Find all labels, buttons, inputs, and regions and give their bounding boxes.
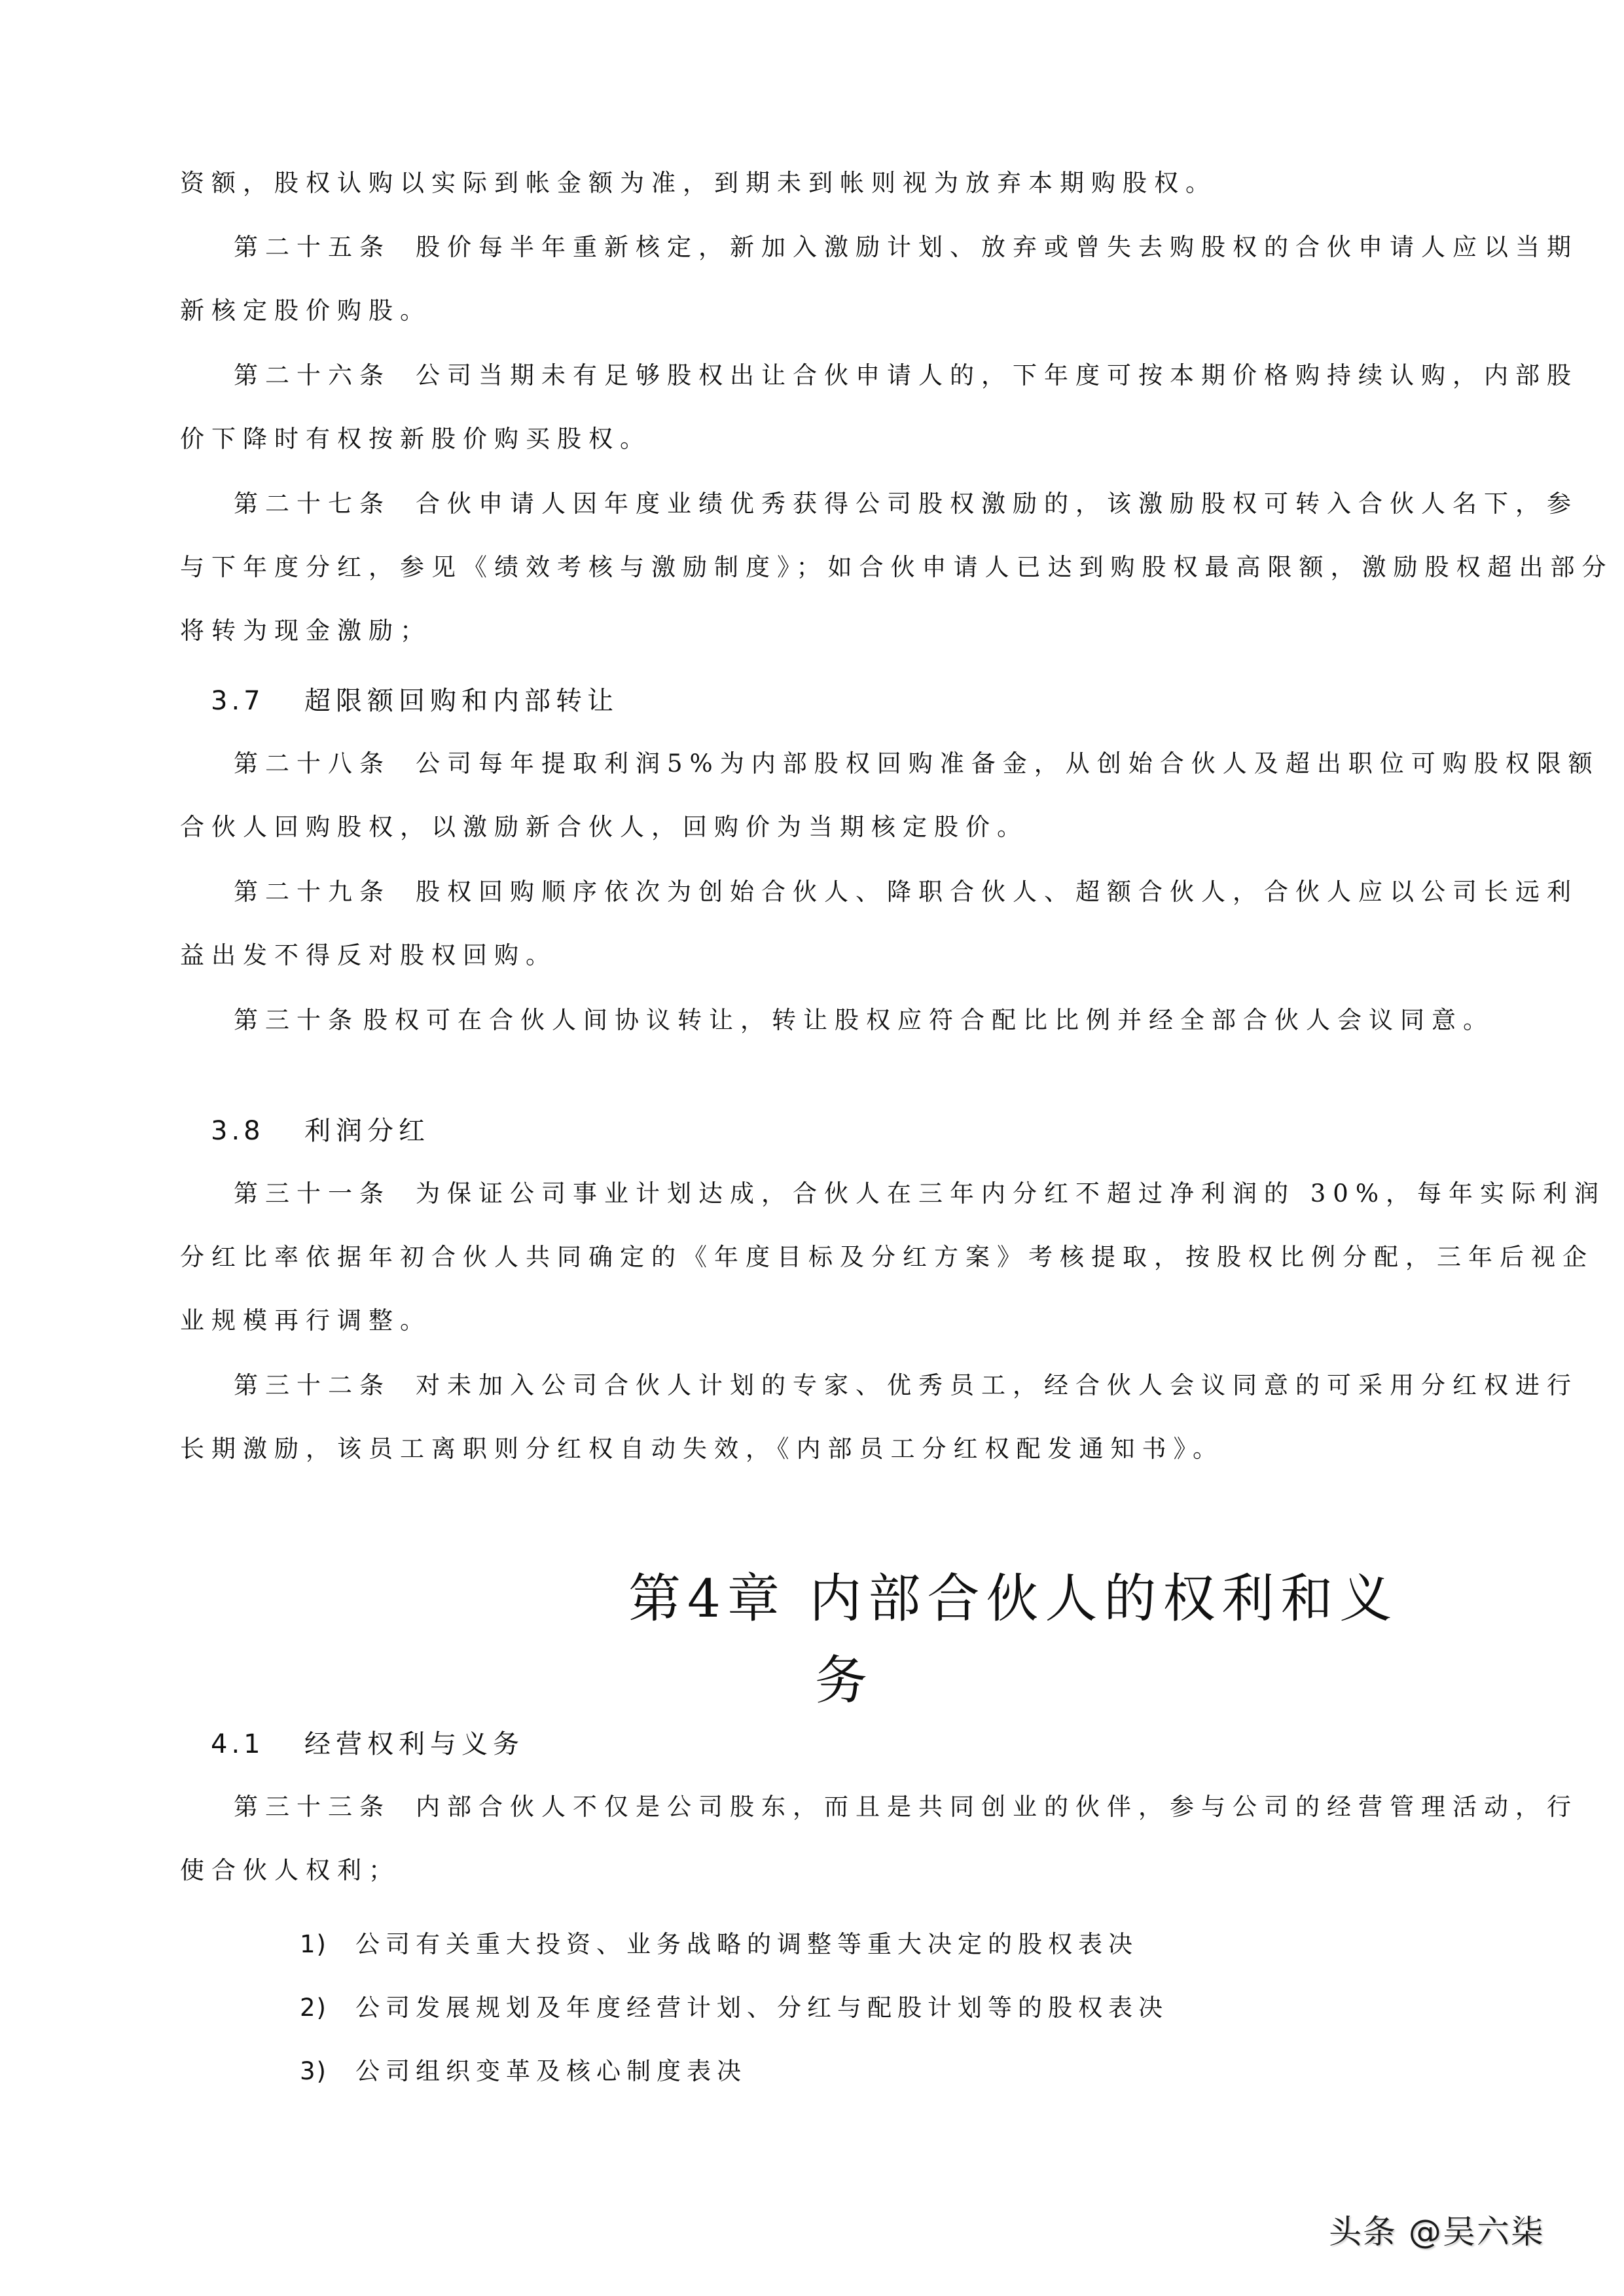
paragraph-line: 将转为现金激励； [180, 615, 431, 647]
list-marker: 1) [300, 1929, 355, 1960]
section-heading-4-1: 4.1经营权利与义务 [211, 1728, 524, 1761]
article-label: 第二十九条 [234, 878, 391, 906]
paragraph-line: 业规模再行调整。 [180, 1305, 431, 1336]
article-26: 第二十六条公司当期未有足够股权出让合伙申请人的，下年度可按本期价格购持续认购，内… [234, 360, 1578, 391]
article-32: 第三十二条对未加入公司合伙人计划的专家、优秀员工，经合伙人会议同意的可采用分红权… [234, 1370, 1578, 1401]
list-item: 3)公司组织变革及核心制度表决 [300, 2056, 747, 2087]
article-31: 第三十一条为保证公司事业计划达成，合伙人在三年内分红不超过净利润的 30%，每年… [234, 1178, 1606, 1210]
article-text: 合伙申请人因年度业绩优秀获得公司股权激励的，该激励股权可转入合伙人名下，参 [416, 490, 1578, 518]
section-heading-3-7: 3.7超限额回购和内部转让 [211, 685, 619, 717]
paragraph-line: 资额，股权认购以实际到帐金额为准，到期未到帐则视为放弃本期购股权。 [180, 168, 1217, 199]
article-text: 股价每半年重新核定，新加入激励计划、放弃或曾失去购股权的合伙申请人应以当期 [416, 233, 1578, 261]
article-25: 第二十五条股价每半年重新核定，新加入激励计划、放弃或曾失去购股权的合伙申请人应以… [234, 232, 1578, 263]
list-marker: 2) [300, 1992, 355, 2024]
section-title: 经营权利与义务 [304, 1729, 524, 1759]
chapter-title-line1: 第4章 内部合伙人的权利和义 [628, 1568, 1398, 1630]
section-heading-3-8: 3.8利润分红 [211, 1115, 430, 1147]
section-number: 4.1 [211, 1728, 304, 1761]
list-item: 1)公司有关重大投资、业务战略的调整等重大决定的股权表决 [300, 1929, 1138, 1960]
article-label: 第三十二条 [234, 1371, 391, 1399]
article-28: 第二十八条公司每年提取利润5%为内部股权回购准备金，从创始合伙人及超出职位可购股… [234, 748, 1600, 780]
article-text: 内部合伙人不仅是公司股东，而且是共同创业的伙伴，参与公司的经营管理活动，行 [416, 1793, 1578, 1821]
article-label: 第二十八条 [234, 749, 391, 778]
article-30: 第三十条股权可在合伙人间协议转让，转让股权应符合配比比例并经全部合伙人会议同意。 [234, 1005, 1494, 1036]
article-label: 第三十一条 [234, 1179, 391, 1208]
article-29: 第二十九条股权回购顺序依次为创始合伙人、降职合伙人、超额合伙人，合伙人应以公司长… [234, 876, 1578, 908]
article-text: 股权回购顺序依次为创始合伙人、降职合伙人、超额合伙人，合伙人应以公司长远利 [416, 878, 1578, 906]
section-title: 利润分红 [304, 1116, 430, 1146]
article-label: 第二十五条 [234, 233, 391, 261]
paragraph-line: 合伙人回购股权，以激励新合伙人，回购价为当期核定股价。 [180, 812, 1028, 843]
watermark: 头条 @吴六柒 [1329, 2212, 1545, 2251]
list-text: 公司发展规划及年度经营计划、分红与配股计划等的股权表决 [355, 1994, 1168, 2022]
article-label: 第二十六条 [234, 361, 391, 389]
section-number: 3.7 [211, 685, 304, 717]
paragraph-line: 益出发不得反对股权回购。 [180, 940, 557, 971]
article-text: 公司当期未有足够股权出让合伙申请人的，下年度可按本期价格购持续认购，内部股 [416, 361, 1578, 389]
paragraph-line: 分红比率依据年初合伙人共同确定的《年度目标及分红方案》考核提取，按股权比例分配，… [180, 1242, 1594, 1273]
paragraph-line: 新核定股价购股。 [180, 295, 431, 327]
section-title: 超限额回购和内部转让 [304, 686, 619, 716]
article-label: 第三十三条 [234, 1793, 391, 1821]
article-text: 对未加入公司合伙人计划的专家、优秀员工，经合伙人会议同意的可采用分红权进行 [416, 1371, 1578, 1399]
article-label: 第三十条 [234, 1006, 359, 1034]
chapter-title-line2: 务 [815, 1649, 874, 1712]
list-text: 公司有关重大投资、业务战略的调整等重大决定的股权表决 [355, 1930, 1138, 1958]
list-item: 2)公司发展规划及年度经营计划、分红与配股计划等的股权表决 [300, 1992, 1168, 2024]
paragraph-line: 长期激励，该员工离职则分红权自动失效，《内部员工分红权配发通知书》。 [180, 1433, 1224, 1465]
paragraph-line: 使合伙人权利； [180, 1855, 400, 1886]
article-label: 第二十七条 [234, 490, 391, 518]
article-text: 为保证公司事业计划达成，合伙人在三年内分红不超过净利润的 30%，每年实际利润 [416, 1179, 1606, 1208]
paragraph-line: 价下降时有权按新股价购买股权。 [180, 423, 651, 455]
paragraph-line: 与下年度分红，参见《绩效考核与激励制度》；如合伙申请人已达到购股权最高限额，激励… [180, 552, 1614, 583]
article-text: 股权可在合伙人间协议转让，转让股权应符合配比比例并经全部合伙人会议同意。 [363, 1006, 1494, 1034]
section-number: 3.8 [211, 1115, 304, 1147]
article-text: 公司每年提取利润5%为内部股权回购准备金，从创始合伙人及超出职位可购股权限额 [416, 749, 1600, 778]
list-text: 公司组织变革及核心制度表决 [355, 2057, 747, 2085]
article-33: 第三十三条内部合伙人不仅是公司股东，而且是共同创业的伙伴，参与公司的经营管理活动… [234, 1791, 1578, 1823]
article-27: 第二十七条合伙申请人因年度业绩优秀获得公司股权激励的，该激励股权可转入合伙人名下… [234, 488, 1578, 520]
list-marker: 3) [300, 2056, 355, 2087]
